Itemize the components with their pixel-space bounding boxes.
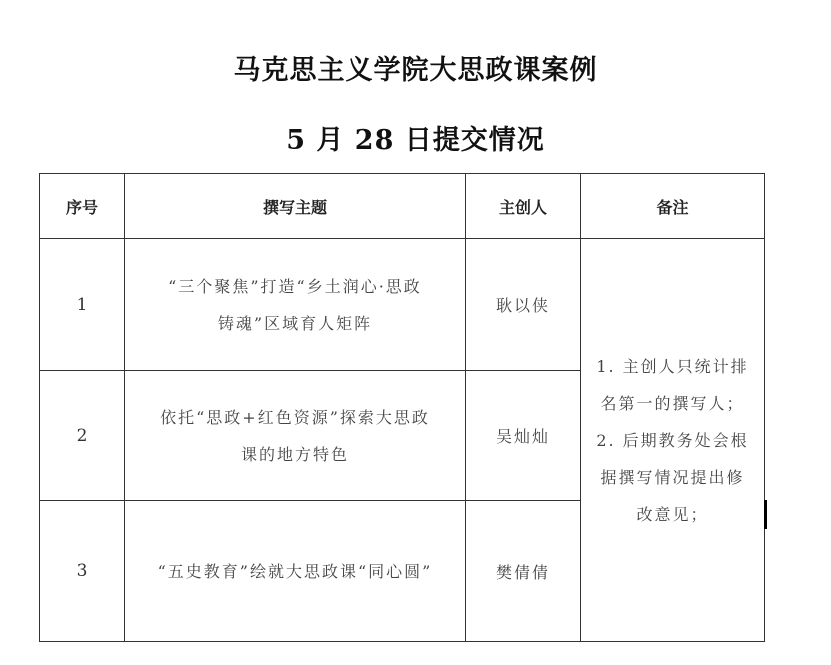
topic-line: “三个聚焦”打造“乡土润心·思政: [125, 268, 465, 305]
table-row: 1 “三个聚焦”打造“乡土润心·思政 铸魂”区域育人矩阵 耿以侠 1. 主创人只…: [40, 239, 765, 371]
text-cursor: [764, 500, 767, 529]
note-line: 据撰写情况提出修: [581, 459, 764, 496]
row-topic: “三个聚焦”打造“乡土润心·思政 铸魂”区域育人矩阵: [125, 239, 466, 371]
header-author: 主创人: [466, 174, 581, 239]
row-author: 樊倩倩: [466, 501, 581, 642]
row-topic: “五史教育”绘就大思政课“同心圆”: [125, 501, 466, 642]
row-index: 3: [40, 501, 125, 642]
note-cell: 1. 主创人只统计排 名第一的撰写人； 2. 后期教务处会根 据撰写情况提出修 …: [581, 239, 765, 642]
topic-line: 课的地方特色: [125, 436, 465, 473]
document-subtitle: 5 月 28 日提交情况: [0, 118, 831, 157]
table-header-row: 序号 撰写主题 主创人 备注: [40, 174, 765, 239]
topic-line: 依托“思政+红色资源”探索大思政: [125, 399, 465, 436]
header-topic: 撰写主题: [125, 174, 466, 239]
note-line: 2. 后期教务处会根: [581, 422, 764, 459]
row-topic: 依托“思政+红色资源”探索大思政 课的地方特色: [125, 371, 466, 501]
row-author: 耿以侠: [466, 239, 581, 371]
note-line: 1. 主创人只统计排: [581, 348, 764, 385]
header-note: 备注: [581, 174, 765, 239]
topic-line: “五史教育”绘就大思政课“同心圆”: [125, 553, 465, 590]
row-author: 吴灿灿: [466, 371, 581, 501]
note-line: 改意见；: [581, 496, 764, 533]
topic-line: 铸魂”区域育人矩阵: [125, 305, 465, 342]
document-title: 马克思主义学院大思政课案例: [0, 48, 831, 87]
row-index: 1: [40, 239, 125, 371]
header-index: 序号: [40, 174, 125, 239]
row-index: 2: [40, 371, 125, 501]
submission-table: 序号 撰写主题 主创人 备注 1 “三个聚焦”打造“乡土润心·思政 铸魂”区域育…: [39, 173, 765, 642]
note-line: 名第一的撰写人；: [581, 385, 764, 422]
